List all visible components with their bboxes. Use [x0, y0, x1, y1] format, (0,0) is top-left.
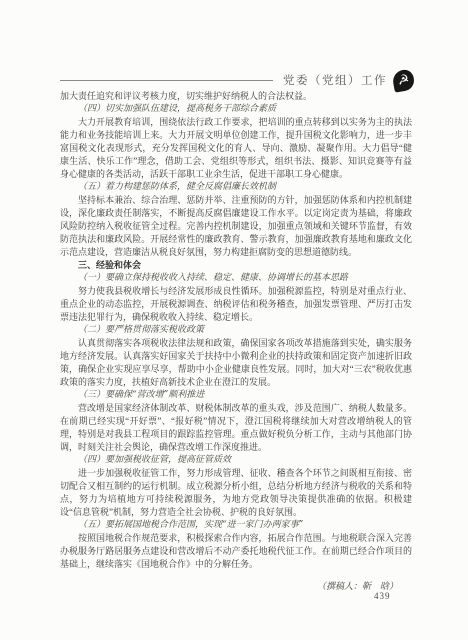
paragraph: 大力开展教育培训，围绕依法行政工作要求，把培训的重点转移到以实务为主的执法能力和…: [60, 116, 412, 181]
section-heading: （三）要确保“营改增”顺利推进: [60, 389, 412, 402]
paragraph: 进一步加强税收征管工作，努力形成管理、征收、稽查各个环节之间既相互衔接、密切配合…: [60, 467, 412, 519]
section-heading: （四）切实加强队伍建设，提高税务干部综合素质: [60, 103, 412, 116]
section-heading: （五）着力构建惩防体系，健全反腐倡廉长效机制: [60, 181, 412, 194]
paragraph: 营改增是国家经济体制改革、财税体制改革的重头戏，涉及范围广、纳税人数量多。在前期…: [60, 402, 412, 454]
author-note: （撰稿人：靳 晗）: [60, 580, 412, 593]
paragraph: 坚持标本兼治、综合治理、惩防并举、注重预防的方针，加强惩防体系和内控机制建设，深…: [60, 194, 412, 259]
paragraph: 按照国地税合作规范要求，积极探索合作内容，拓展合作范围。与地税联合深入完善办税服…: [60, 532, 412, 571]
section-heading: （二）要严格贯彻落实税收政策: [60, 324, 412, 337]
page-header: 党委（党组）工作 ☭: [60, 68, 414, 92]
page-number: 439: [374, 591, 391, 601]
party-emblem-icon: ☭: [391, 68, 415, 92]
body-paragraphs: 加大责任追究和评议考核力度，切实维护好纳税人的合法权益。（四）切实加强队伍建设，…: [60, 90, 412, 593]
running-head-title: 党委（党组）工作: [283, 72, 387, 88]
paragraph: 努力使我县税收增长与经济发展形成良性循环。加强税源监控，特别是对重点行业、重点企…: [60, 285, 412, 324]
section-heading: （四）要加强税收征管，提高征管质效: [60, 454, 412, 467]
document-page: 党委（党组）工作 ☭ 加大责任追究和评议考核力度，切实维护好纳税人的合法权益。（…: [0, 0, 468, 640]
section-heading: 三、经验和体会: [60, 259, 412, 272]
section-heading: （五）要拓展国地税合作范围，实现“进一家门办两家事”: [60, 519, 412, 532]
section-heading: （一）要确立保持税收收入持续、稳定、健康、协调增长的基本思路: [60, 272, 412, 285]
paragraph: 认真贯彻落实各项税收法律法规和政策，确保国家各项改革措施落到实处，确实服务地方经…: [60, 337, 412, 389]
header-divider: [60, 80, 273, 81]
paragraph: 加大责任追究和评议考核力度，切实维护好纳税人的合法权益。: [60, 90, 412, 103]
